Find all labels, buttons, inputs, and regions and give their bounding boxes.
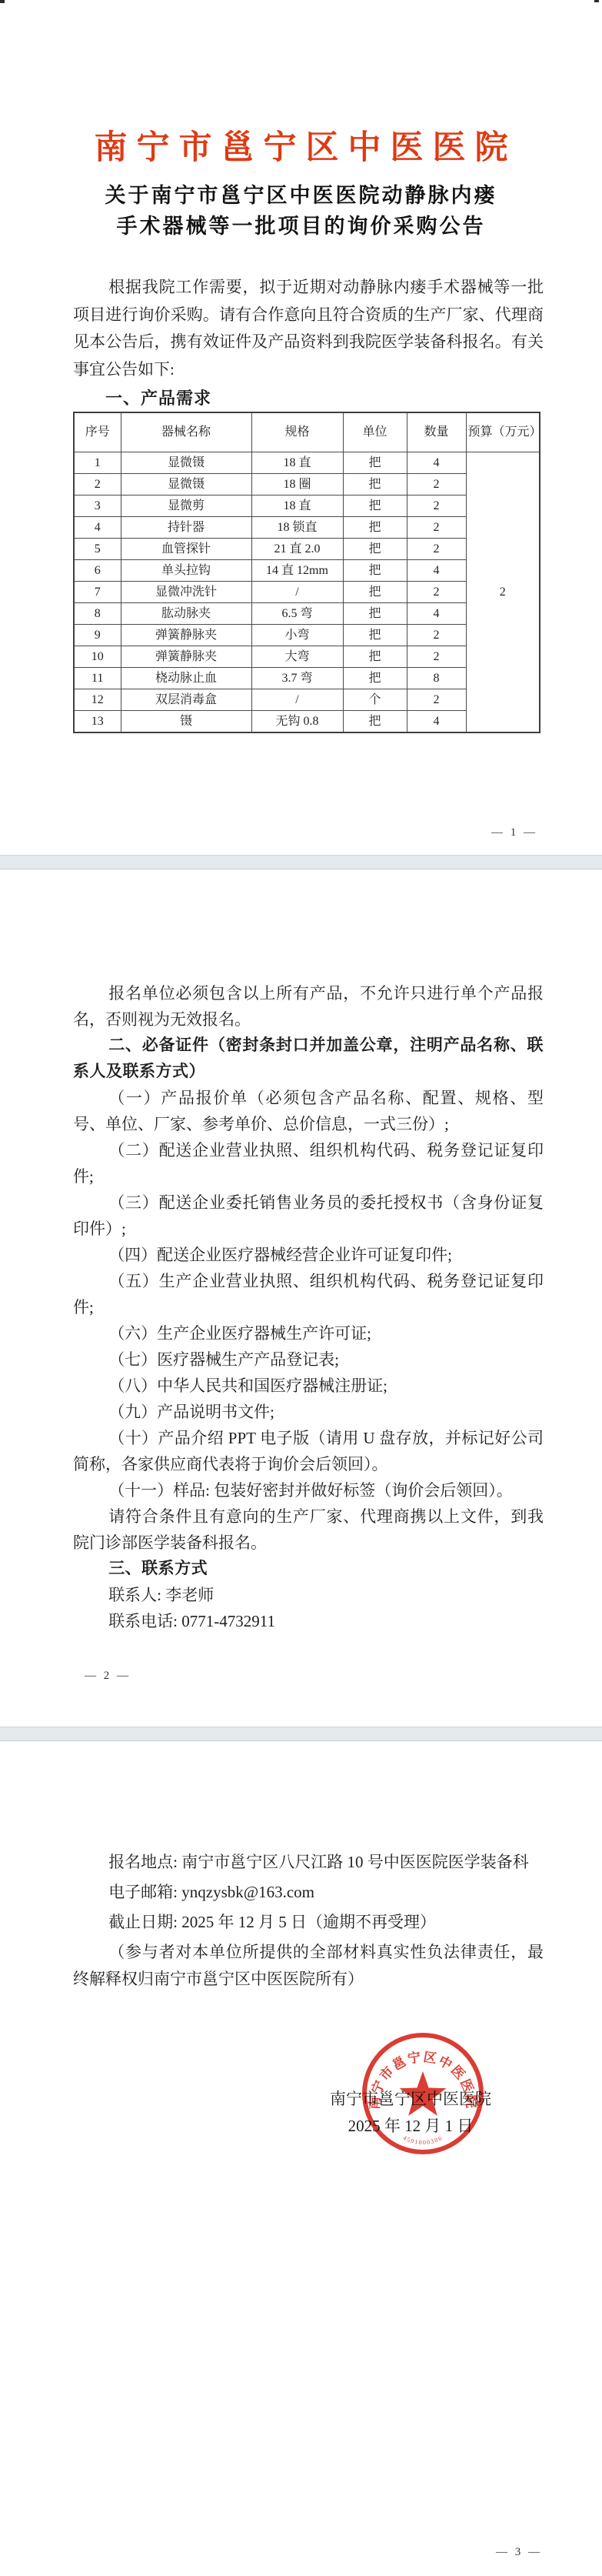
- cell-device-name: 镊: [121, 711, 251, 733]
- cell-index: 8: [74, 603, 121, 625]
- body-paragraph: （五）生产企业营业执照、组织机构代码、税务登记证复印件;: [73, 1268, 544, 1320]
- cell-device-name: 持针器: [121, 517, 251, 539]
- cell-quantity: 2: [407, 646, 466, 668]
- cell-device-name: 显微剪: [121, 496, 251, 517]
- cell-index: 12: [74, 689, 121, 711]
- cell-index: 1: [74, 452, 121, 474]
- cell-device-name: 肱动脉夹: [121, 603, 251, 625]
- page-3: 报名地点: 南宁市邕宁区八尺江路 10 号中医医院医学装备科电子邮箱: ynqz…: [0, 1741, 602, 2576]
- seal-star-icon: [400, 2071, 447, 2116]
- cell-index: 3: [74, 496, 121, 517]
- cell-index: 9: [74, 625, 121, 646]
- cell-unit: 把: [343, 646, 407, 668]
- body-paragraph: （七）医疗器械生产产品登记表;: [73, 1346, 544, 1373]
- seal-serial-number: 4501000306: [402, 2134, 444, 2146]
- scan-artifact: [594, 0, 599, 2]
- cell-index: 6: [74, 560, 121, 582]
- cell-spec: 14 直 12mm: [251, 560, 343, 582]
- cell-device-name: 显微冲洗针: [121, 582, 251, 603]
- cell-spec: 18 直: [251, 496, 343, 517]
- col-header-budget: 预算（万元）: [466, 412, 540, 452]
- cell-quantity: 2: [407, 689, 466, 711]
- cell-quantity: 2: [407, 517, 466, 539]
- body-paragraph: （十一）样品: 包装好密封并做好标签（询价会后领回）。: [73, 1477, 544, 1503]
- cell-quantity: 2: [407, 474, 466, 496]
- product-table-body: 1 显微镊 18 直 把 4 2 2 显微镊 18 圈 把 2 3 显微剪 18…: [74, 452, 540, 733]
- cell-unit: 把: [343, 452, 407, 474]
- body-paragraph: 报名单位必须包含以上所有产品，不允许只进行单个产品报名，否则视为无效报名。: [73, 980, 544, 1033]
- body-paragraph: 报名地点: 南宁市邕宁区八尺江路 10 号中医医院医学装备科: [73, 1849, 544, 1876]
- body-paragraph: （九）产品说明书文件;: [73, 1399, 544, 1425]
- cell-device-name: 显微镊: [121, 452, 251, 474]
- cell-spec: 小弯: [251, 625, 343, 646]
- body-paragraph: （三）配送企业委托销售业务员的委托授权书（含身份证复印件）;: [73, 1190, 544, 1242]
- scan-artifact: [0, 0, 5, 3]
- cell-quantity: 8: [407, 668, 466, 689]
- cell-unit: 把: [343, 711, 407, 733]
- cell-unit: 把: [343, 539, 407, 560]
- section-heading: 二、必备证件（密封条封口并加盖公章，注明产品名称、联系人及联系方式）: [73, 1033, 544, 1085]
- section-1-heading: 一、产品需求: [105, 385, 211, 409]
- cell-spec: /: [251, 582, 343, 603]
- body-paragraph: 联系电话: 0771-4732911: [73, 1608, 544, 1634]
- document-title-line-1: 关于南宁市邕宁区中医医院动静脉内瘘: [0, 180, 602, 211]
- cell-index: 7: [74, 582, 121, 603]
- cell-quantity: 2: [407, 582, 466, 603]
- body-paragraph: （参与者对本单位所提供的全部材料真实性负法律责任，最终解释权归南宁市邕宁区中医医…: [73, 1939, 544, 1993]
- cell-index: 11: [74, 668, 121, 689]
- page-separator: [0, 855, 602, 869]
- cell-index: 5: [74, 539, 121, 560]
- cell-device-name: 弹簧静脉夹: [121, 646, 251, 668]
- cell-quantity: 4: [407, 603, 466, 625]
- intro-paragraph: 根据我院工作需要，拟于近期对动静脉内瘘手术器械等一批项目进行询价采购。请有合作意…: [73, 274, 544, 383]
- page-separator: [0, 1727, 602, 1741]
- cell-unit: 把: [343, 517, 407, 539]
- cell-quantity: 2: [407, 539, 466, 560]
- page-2: 报名单位必须包含以上所有产品，不允许只进行单个产品报名，否则视为无效报名。二、必…: [0, 869, 602, 1727]
- cell-device-name: 弹簧静脉夹: [121, 625, 251, 646]
- cell-device-name: 单头拉钩: [121, 560, 251, 582]
- body-paragraph: 截止日期: 2025 年 12 月 5 日（逾期不再受理）: [73, 1909, 544, 1936]
- cell-spec: 18 圈: [251, 474, 343, 496]
- cell-spec: 6.5 弯: [251, 603, 343, 625]
- cell-unit: 把: [343, 582, 407, 603]
- cell-quantity: 2: [407, 625, 466, 646]
- table-row: 1 显微镊 18 直 把 4 2: [74, 452, 540, 474]
- cell-device-name: 血管探针: [121, 539, 251, 560]
- cell-unit: 个: [343, 689, 407, 711]
- body-paragraph: 电子邮箱: ynqzysbk@163.com: [73, 1879, 544, 1906]
- table-header-row: 序号 器械名称 规格 单位 数量 预算（万元）: [74, 412, 540, 452]
- cell-index: 4: [74, 517, 121, 539]
- col-header-name: 器械名称: [121, 412, 251, 452]
- page-number-3: — 3 —: [496, 2546, 542, 2559]
- cell-spec: 18 锁直: [251, 517, 343, 539]
- product-requirements-table: 序号 器械名称 规格 单位 数量 预算（万元） 1 显微镊 18 直 把 4 2…: [73, 412, 540, 733]
- document-title-line-2: 手术器械等一批项目的询价采购公告: [0, 211, 602, 242]
- cell-unit: 把: [343, 603, 407, 625]
- section-heading: 三、联系方式: [73, 1556, 544, 1582]
- cell-device-name: 双层消毒盒: [121, 689, 251, 711]
- cell-unit: 把: [343, 668, 407, 689]
- cell-quantity: 4: [407, 452, 466, 474]
- body-paragraph: （六）生产企业医疗器械生产许可证;: [73, 1320, 544, 1346]
- cell-unit: 把: [343, 474, 407, 496]
- page-1: 南宁市邕宁区中医医院 关于南宁市邕宁区中医医院动静脉内瘘 手术器械等一批项目的询…: [0, 0, 602, 855]
- col-header-unit: 单位: [343, 412, 407, 452]
- col-header-spec: 规格: [251, 412, 343, 452]
- cell-unit: 把: [343, 560, 407, 582]
- hospital-header-title: 南宁市邕宁区中医医院: [0, 122, 602, 169]
- page-number-2: — 2 —: [85, 1670, 131, 1683]
- cell-spec: 无钩 0.8: [251, 711, 343, 733]
- document-title: 关于南宁市邕宁区中医医院动静脉内瘘 手术器械等一批项目的询价采购公告: [0, 180, 602, 242]
- cell-quantity: 4: [407, 560, 466, 582]
- body-paragraph: （八）中华人民共和国医疗器械注册证;: [73, 1373, 544, 1399]
- cell-quantity: 4: [407, 711, 466, 733]
- page2-paragraphs: 报名单位必须包含以上所有产品，不允许只进行单个产品报名，否则视为无效报名。二、必…: [73, 980, 544, 1634]
- cell-spec: 3.7 弯: [251, 668, 343, 689]
- page-number-1: — 1 —: [491, 826, 537, 839]
- cell-index: 2: [74, 474, 121, 496]
- cell-device-name: 桡动脉止血: [121, 668, 251, 689]
- cell-spec: 18 直: [251, 452, 343, 474]
- cell-unit: 把: [343, 496, 407, 517]
- cell-device-name: 显微镊: [121, 474, 251, 496]
- body-paragraph: （四）配送企业医疗器械经营企业许可证复印件;: [73, 1242, 544, 1268]
- body-paragraph: （二）配送企业营业执照、组织机构代码、税务登记证复印件;: [73, 1137, 544, 1190]
- cell-unit: 把: [343, 625, 407, 646]
- cell-spec: 21 直 2.0: [251, 539, 343, 560]
- cell-spec: /: [251, 689, 343, 711]
- col-header-qty: 数量: [407, 412, 466, 452]
- cell-spec: 大弯: [251, 646, 343, 668]
- col-header-index: 序号: [74, 412, 121, 452]
- cell-index: 13: [74, 711, 121, 733]
- page3-paragraphs: 报名地点: 南宁市邕宁区八尺江路 10 号中医医院医学装备科电子邮箱: ynqz…: [73, 1849, 544, 1996]
- body-paragraph: 联系人: 李老师: [73, 1582, 544, 1608]
- budget-total-cell: 2: [466, 452, 540, 733]
- body-paragraph: （一）产品报价单（必须包含产品名称、配置、规格、型号、单位、厂家、参考单价、总价…: [73, 1085, 544, 1137]
- cell-quantity: 2: [407, 496, 466, 517]
- cell-index: 10: [74, 646, 121, 668]
- official-seal-stamp: 南宁市邕宁区中医医院 4501000306: [359, 2031, 487, 2156]
- body-paragraph: （十）产品介绍 PPT 电子版（请用 U 盘存放，并标记好公司简称，各家供应商代…: [73, 1425, 544, 1477]
- body-paragraph: 请符合条件且有意向的生产厂家、代理商携以上文件，到我院门诊部医学装备科报名。: [73, 1503, 544, 1556]
